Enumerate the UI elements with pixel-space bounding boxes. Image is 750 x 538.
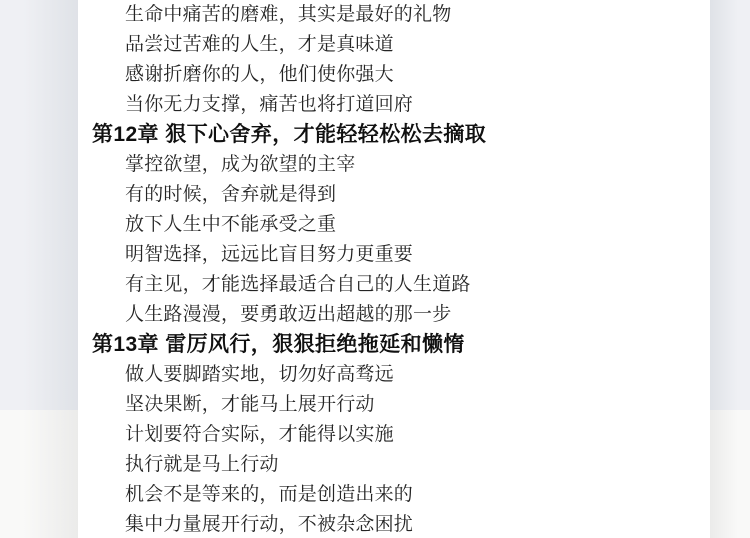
toc-item-line: 掌控欲望，成为欲望的主宰: [78, 150, 710, 180]
toc-item-line: 人生路漫漫，要勇敢迈出超越的那一步: [78, 300, 710, 330]
toc-item-line: 计划要符合实际，才能得以实施: [78, 420, 710, 450]
content-page: 生命中痛苦的磨难，其实是最好的礼物品尝过苦难的人生，才是真味道感谢折磨你的人，他…: [78, 0, 710, 538]
toc-item-line: 感谢折磨你的人，他们使你强大: [78, 60, 710, 90]
left-page-gutter: [0, 0, 78, 538]
right-gutter-lower-shadow: [710, 410, 750, 538]
toc-item-line: 明智选择，远远比盲目努力更重要: [78, 240, 710, 270]
right-gutter-upper-shadow: [710, 0, 750, 410]
right-page-gutter: [710, 0, 750, 538]
toc-item-line: 做人要脚踏实地，切勿好高骛远: [78, 360, 710, 390]
left-gutter-upper-shadow: [0, 0, 78, 410]
toc-item-line: 坚决果断，才能马上展开行动: [78, 390, 710, 420]
toc-chapter-heading: 第13章 雷厉风行，狠狠拒绝拖延和懒惰: [78, 330, 710, 360]
toc-item-line: 执行就是马上行动: [78, 450, 710, 480]
toc-chapter-heading: 第12章 狠下心舍弃，才能轻轻松松去摘取: [78, 120, 710, 150]
toc-item-line: 有的时候，舍弃就是得到: [78, 180, 710, 210]
toc-item-line: 机会不是等来的，而是创造出来的: [78, 480, 710, 510]
screenshot-viewport: 生命中痛苦的磨难，其实是最好的礼物品尝过苦难的人生，才是真味道感谢折磨你的人，他…: [0, 0, 750, 538]
toc-item-line: 放下人生中不能承受之重: [78, 210, 710, 240]
toc-item-line: 品尝过苦难的人生，才是真味道: [78, 30, 710, 60]
toc-item-line: 生命中痛苦的磨难，其实是最好的礼物: [78, 0, 710, 30]
toc-item-line: 有主见，才能选择最适合自己的人生道路: [78, 270, 710, 300]
table-of-contents: 生命中痛苦的磨难，其实是最好的礼物品尝过苦难的人生，才是真味道感谢折磨你的人，他…: [78, 0, 710, 538]
left-gutter-lower-shadow: [0, 410, 78, 538]
toc-item-line: 当你无力支撑，痛苦也将打道回府: [78, 90, 710, 120]
toc-item-line: 集中力量展开行动，不被杂念困扰: [78, 510, 710, 538]
